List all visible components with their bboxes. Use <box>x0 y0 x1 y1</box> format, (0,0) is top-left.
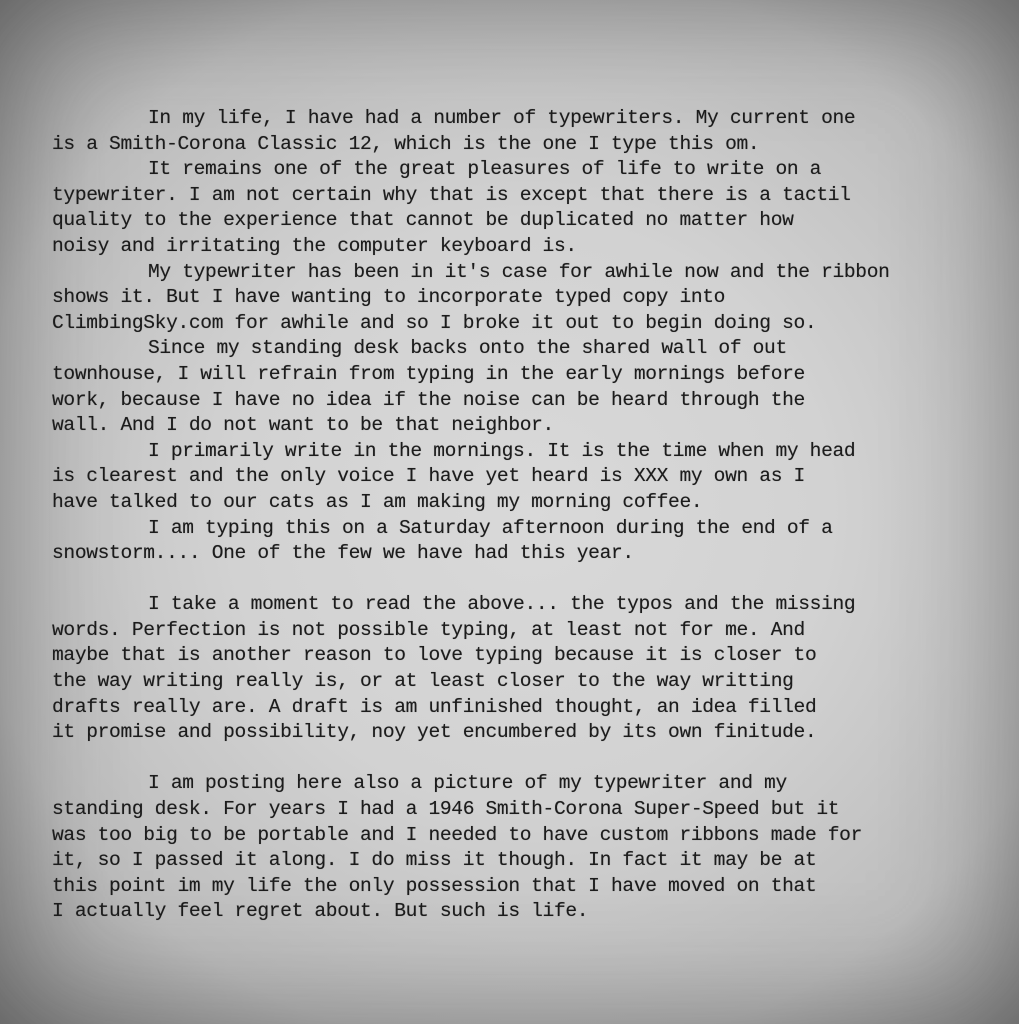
text-line: maybe that is another reason to love typ… <box>52 643 1012 669</box>
text-line: is clearest and the only voice I have ye… <box>52 464 1012 490</box>
text-line: wall. And I do not want to be that neigh… <box>52 413 1012 439</box>
text-line: it promise and possibility, noy yet encu… <box>52 720 1012 746</box>
blank-line <box>52 567 1012 593</box>
text-line: quality to the experience that cannot be… <box>52 208 1012 234</box>
text-line: I am typing this on a Saturday afternoon… <box>52 516 1012 542</box>
text-line: noisy and irritating the computer keyboa… <box>52 234 1012 260</box>
text-line: is a Smith-Corona Classic 12, which is t… <box>52 132 1012 158</box>
text-line: My typewriter has been in it's case for … <box>52 260 1012 286</box>
text-line: the way writing really is, or at least c… <box>52 669 1012 695</box>
text-line: work, because I have no idea if the nois… <box>52 388 1012 414</box>
paragraph: I take a moment to read the above... the… <box>52 592 1012 746</box>
text-line: I primarily write in the mornings. It is… <box>52 439 1012 465</box>
text-line: was too big to be portable and I needed … <box>52 823 1012 849</box>
text-line: I take a moment to read the above... the… <box>52 592 1012 618</box>
text-line: townhouse, I will refrain from typing in… <box>52 362 1012 388</box>
text-line: I actually feel regret about. But such i… <box>52 899 1012 925</box>
text-line: typewriter. I am not certain why that is… <box>52 183 1012 209</box>
text-line: words. Perfection is not possible typing… <box>52 618 1012 644</box>
text-line: have talked to our cats as I am making m… <box>52 490 1012 516</box>
blank-line <box>52 746 1012 772</box>
paragraph: I am typing this on a Saturday afternoon… <box>52 516 1012 567</box>
paragraph: I am posting here also a picture of my t… <box>52 771 1012 925</box>
text-line: I am posting here also a picture of my t… <box>52 771 1012 797</box>
paragraph: It remains one of the great pleasures of… <box>52 157 1012 259</box>
paragraph: My typewriter has been in it's case for … <box>52 260 1012 337</box>
text-line: this point im my life the only possessio… <box>52 874 1012 900</box>
paragraph: I primarily write in the mornings. It is… <box>52 439 1012 516</box>
text-line: it, so I passed it along. I do miss it t… <box>52 848 1012 874</box>
text-line: Since my standing desk backs onto the sh… <box>52 336 1012 362</box>
text-line: snowstorm.... One of the few we have had… <box>52 541 1012 567</box>
text-line: In my life, I have had a number of typew… <box>52 106 1012 132</box>
text-line: shows it. But I have wanting to incorpor… <box>52 285 1012 311</box>
typed-text-body: In my life, I have had a number of typew… <box>52 106 1012 925</box>
text-line: drafts really are. A draft is am unfinis… <box>52 695 1012 721</box>
paragraph: In my life, I have had a number of typew… <box>52 106 1012 157</box>
paragraph: Since my standing desk backs onto the sh… <box>52 336 1012 438</box>
text-line: ClimbingSky.com for awhile and so I brok… <box>52 311 1012 337</box>
text-line: It remains one of the great pleasures of… <box>52 157 1012 183</box>
text-line: standing desk. For years I had a 1946 Sm… <box>52 797 1012 823</box>
